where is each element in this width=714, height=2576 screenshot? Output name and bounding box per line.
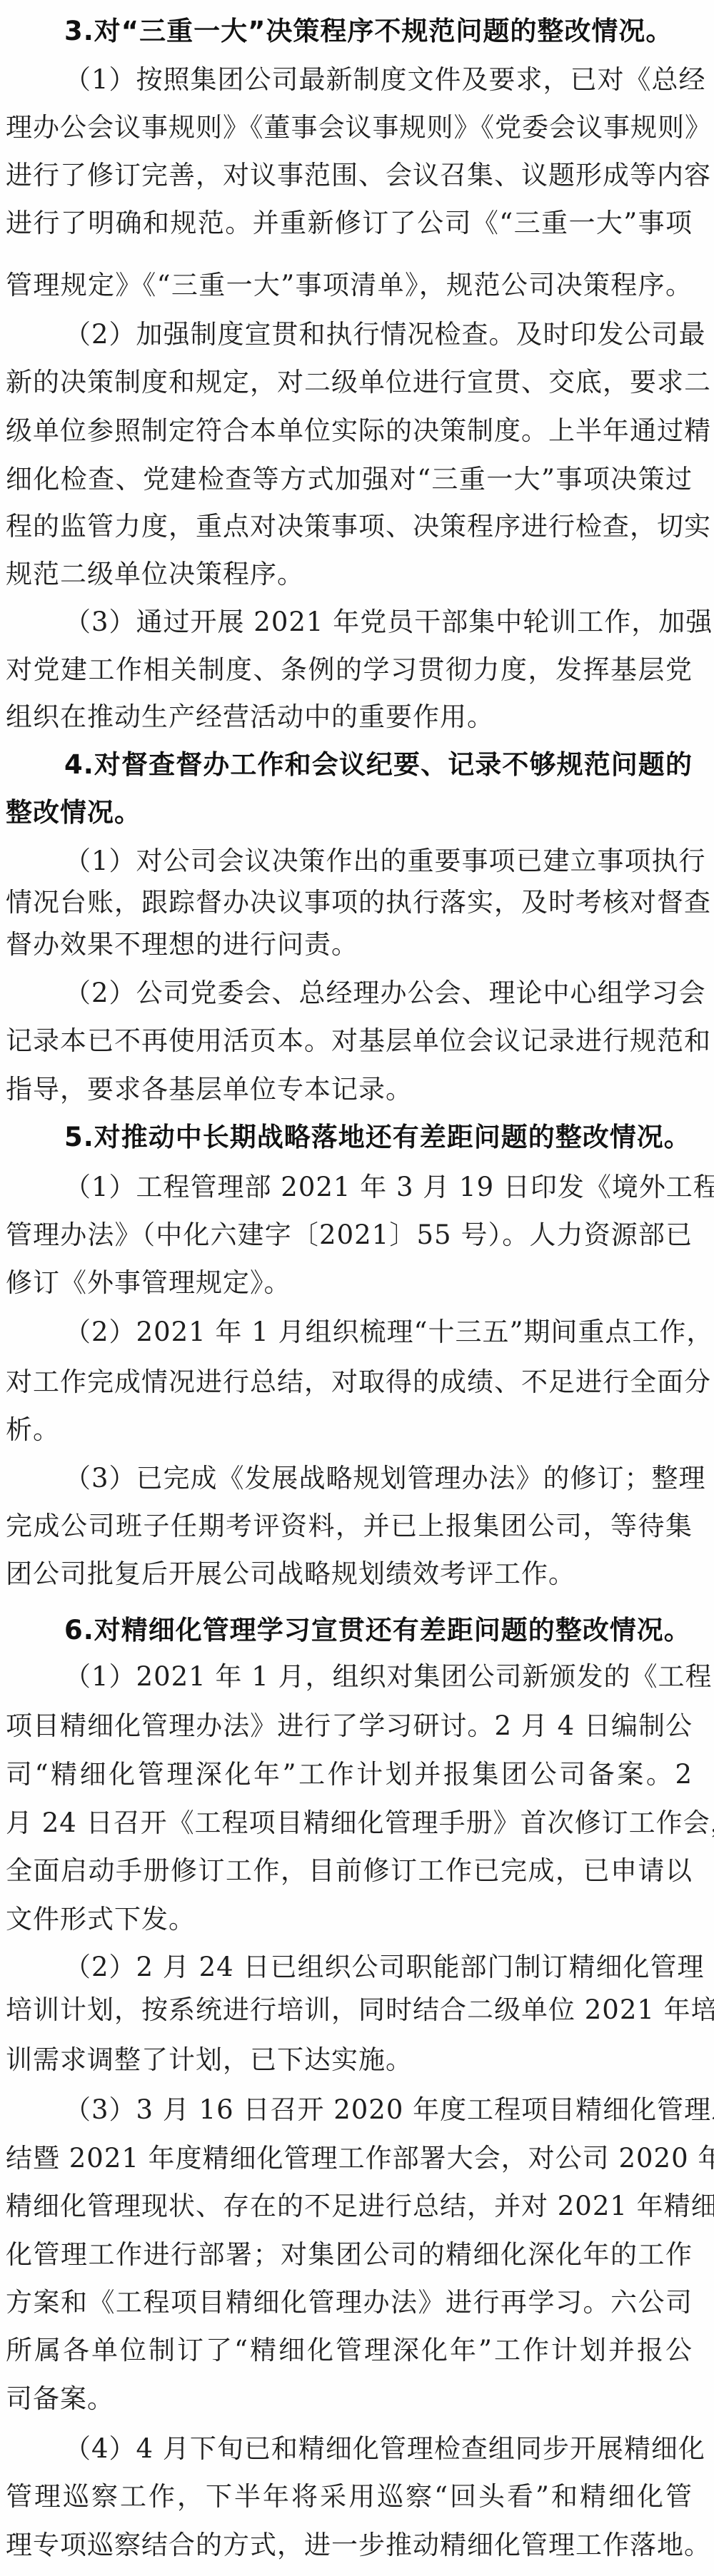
paragraph-line: 方案和《工程项目精细化管理办法》进行再学习。六公司 [6,2287,693,2318]
paragraph-line: 培训计划，按系统进行培训，同时结合二级单位 2021 年培 [6,1994,693,2026]
paragraph-line: 进行了修订完善，对议事范围、会议召集、议题形成等内容 [6,160,693,191]
paragraph-line: 程的监管力度，重点对决策事项、决策程序进行检查，切实 [6,511,693,542]
section-heading: 4.对督查督办工作和会议纪要、记录不够规范问题的 [64,749,693,781]
paragraph-line: （1）工程管理部 2021 年 3 月 19 日印发《境外工程 [64,1172,693,1203]
paragraph-line: （2）2021 年 1 月组织梳理“十三五”期间重点工作， [64,1317,693,1348]
paragraph-line: 司“精细化管理深化年”工作计划并报集团公司备案。2 [6,1759,693,1790]
paragraph-line: 督办效果不理想的进行问责。 [6,929,693,960]
document-page: 3.对“三重一大”决策程序不规范问题的整改情况。 （1）按照集团公司最新制度文件… [0,0,714,2576]
paragraph-line: 月 24 日召开《工程项目精细化管理手册》首次修订工作会， [6,1807,693,1839]
paragraph-line: （3）3 月 16 日召开 2020 年度工程项目精细化管理总 [64,2094,693,2126]
paragraph-line: 管理办法》（中化六建字〔2021〕55 号）。人力资源部已 [6,1219,693,1251]
paragraph-line: 理专项巡察结合的方式，进一步推动精细化管理工作落地。 [6,2530,693,2561]
paragraph-line: 文件形式下发。 [6,1904,693,1935]
section-heading: 6.对精细化管理学习宣贯还有差距问题的整改情况。 [64,1615,693,1646]
paragraph-line: （1）对公司会议决策作出的重要事项已建立事项执行 [64,846,693,877]
paragraph-line: 指导，要求各基层单位专本记录。 [6,1074,693,1105]
paragraph-line: 新的决策制度和规定，对二级单位进行宣贯、交底，要求二 [6,367,693,398]
paragraph-line: （3）已完成《发展战略规划管理办法》的修订；整理 [64,1463,693,1494]
paragraph-line: 理办公会议事规则》《董事会议事规则》《党委会议事规则》 [6,112,693,143]
paragraph-line: （2）2 月 24 日已组织公司职能部门制订精细化管理 [64,1952,693,1983]
paragraph-line: 级单位参照制定符合本单位实际的决策制度。上半年通过精 [6,415,693,447]
paragraph-line: 记录本已不再使用活页本。对基层单位会议记录进行规范和 [6,1025,693,1057]
paragraph-line: 全面启动手册修订工作，目前修订工作已完成，已申请以 [6,1855,693,1887]
paragraph-line: 管理规定》《“三重一大”事项清单》，规范公司决策程序。 [6,270,693,301]
paragraph-line: 细化检查、党建检查等方式加强对“三重一大”事项决策过 [6,464,693,495]
paragraph-line: 对工作完成情况进行总结，对取得的成绩、不足进行全面分 [6,1366,693,1398]
paragraph-line: 精细化管理现状、存在的不足进行总结，并对 2021 年精细 [6,2191,693,2222]
paragraph-line: （4）4 月下旬已和精细化管理检查组同步开展精细化 [64,2433,693,2465]
paragraph-line: （3）通过开展 2021 年党员干部集中轮训工作，加强 [64,607,693,638]
paragraph-line: 管理巡察工作，下半年将采用巡察“回头看”和精细化管 [6,2481,693,2512]
paragraph-line: 修订《外事管理规定》。 [6,1267,693,1299]
paragraph-line: 化管理工作进行部署；对集团公司的精细化深化年的工作 [6,2239,693,2271]
paragraph-line: 司备案。 [6,2383,693,2415]
paragraph-line: 规范二级单位决策程序。 [6,559,693,590]
paragraph-line: 析。 [6,1414,693,1446]
paragraph-line: 进行了明确和规范。并重新修订了公司《“三重一大”事项 [6,208,693,239]
paragraph-line: 完成公司班子任期考评资料，并已上报集团公司，等待集 [6,1511,693,1542]
paragraph-line: （1）按照集团公司最新制度文件及要求，已对《总经 [64,64,693,96]
paragraph-line: 团公司批复后开展公司战略规划绩效考评工作。 [6,1558,693,1590]
paragraph-line: 结暨 2021 年度精细化管理工作部署大会，对公司 2020 年 [6,2143,693,2174]
paragraph-line: 所属各单位制订了“精细化管理深化年”工作计划并报公 [6,2335,693,2366]
section-heading: 整改情况。 [6,797,693,828]
section-heading: 3.对“三重一大”决策程序不规范问题的整改情况。 [64,16,693,47]
paragraph-line: 组织在推动生产经营活动中的重要作用。 [6,701,693,733]
paragraph-line: （2）加强制度宣贯和执行情况检查。及时印发公司最 [64,319,693,350]
paragraph-line: 对党建工作相关制度、条例的学习贯彻力度，发挥基层党 [6,654,693,686]
paragraph-line: （2）公司党委会、总经理办公会、理论中心组学习会 [64,978,693,1009]
section-heading: 5.对推动中长期战略落地还有差距问题的整改情况。 [64,1122,693,1153]
paragraph-line: （1）2021 年 1 月，组织对集团公司新颁发的《工程 [64,1661,693,1693]
paragraph-line: 训需求调整了计划，已下达实施。 [6,2044,693,2076]
paragraph-line: 项目精细化管理办法》进行了学习研讨。2 月 4 日编制公 [6,1710,693,1742]
paragraph-line: 情况台账，跟踪督办决议事项的执行落实，及时考核对督查 [6,887,693,918]
